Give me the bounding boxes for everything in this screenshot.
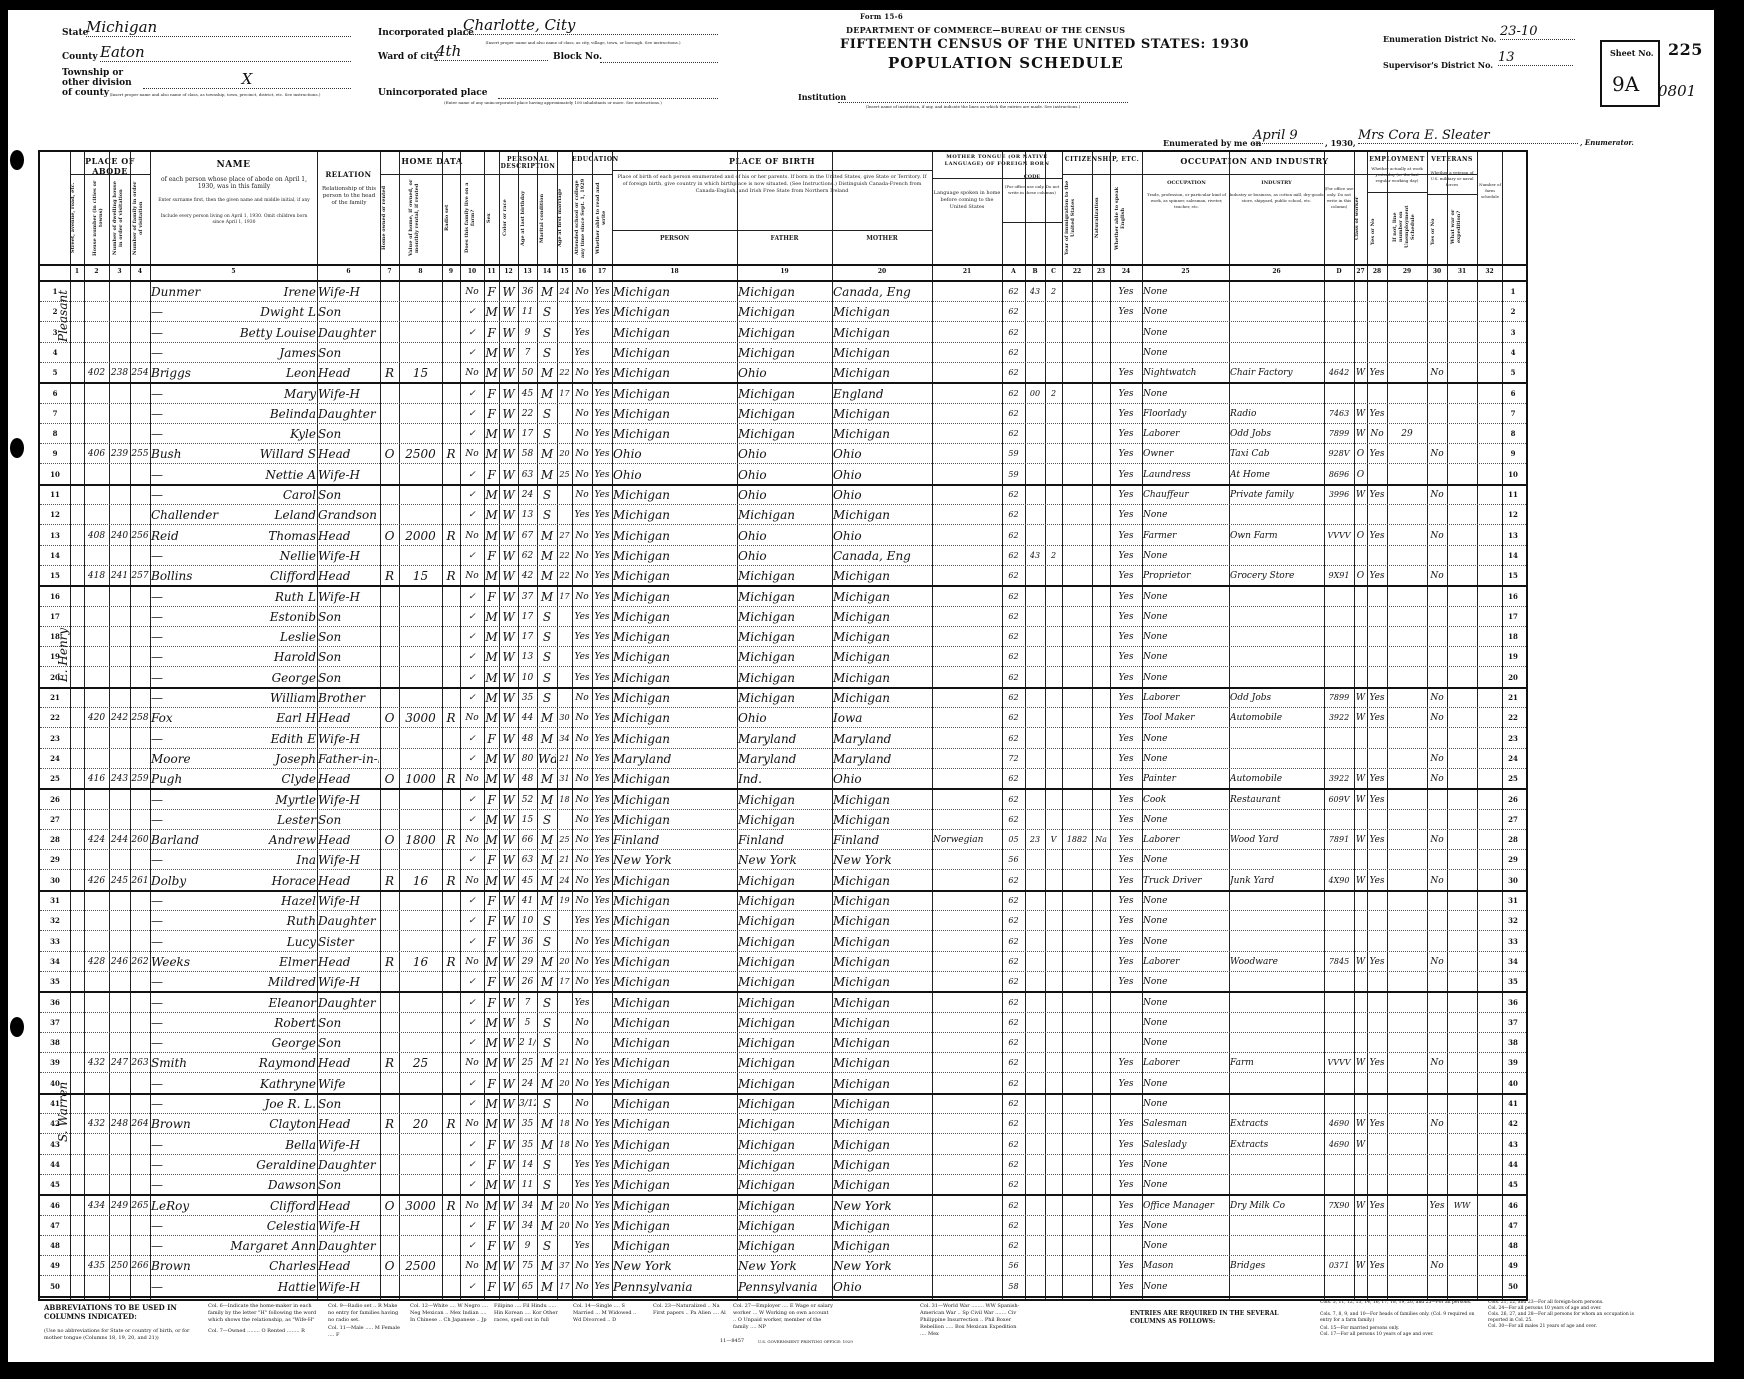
cell-race: W <box>500 688 517 708</box>
cell-read: Yes <box>593 790 611 810</box>
cell-read: Yes <box>593 444 611 464</box>
cell-dwelling <box>110 647 129 667</box>
cell-relation: Son <box>318 810 379 830</box>
cell-codeA: 62 <box>1003 1155 1024 1175</box>
cell-relation: Head <box>318 1053 379 1073</box>
line-number: 37 <box>40 1013 70 1033</box>
col2-header: House number (in cities or towns) <box>92 178 106 258</box>
cell-read: Yes <box>593 424 611 444</box>
cell-marital: M <box>538 1196 556 1216</box>
cell-farm: No <box>461 282 483 302</box>
cell-unemp <box>1388 668 1426 688</box>
cell-farm-sched <box>1478 627 1501 647</box>
cell-value <box>400 1135 441 1155</box>
cell-vet: No <box>1428 526 1446 546</box>
cell-imm <box>1063 668 1091 688</box>
cell-race: W <box>500 1256 517 1276</box>
cell-nat <box>1093 871 1109 891</box>
cell-war <box>1448 485 1476 505</box>
cell-unemp <box>1388 932 1426 952</box>
header-rule <box>70 174 150 175</box>
cell-family <box>131 607 149 627</box>
cell-imm <box>1063 810 1091 830</box>
table-row: 1010—Nettie AWife-H✓FW63M25NoYesOhioOhio… <box>40 465 1526 485</box>
cell-dwelling <box>110 1277 129 1297</box>
cell-bp-mother: Canada, Eng <box>833 546 931 566</box>
col23-header: Naturalization <box>1094 178 1108 258</box>
cell-race: W <box>500 444 517 464</box>
cell-relation: Son <box>318 1033 379 1053</box>
cell-tongue <box>933 1256 1001 1276</box>
cell-tongue <box>933 993 1001 1013</box>
cell-age: 44 <box>519 708 536 728</box>
cell-codeB: 43 <box>1026 282 1044 302</box>
name-description: of each person whose place of abode on A… <box>155 176 313 190</box>
cell-given: Bella <box>223 1135 318 1155</box>
cell-school: No <box>573 830 591 850</box>
cell-sex: F <box>485 729 498 749</box>
cell-farm: ✓ <box>461 1013 483 1033</box>
table-row: 4848—Margaret AnnDaughter✓FW9SYesMichiga… <box>40 1236 1526 1256</box>
cell-radio <box>443 546 459 566</box>
cell-value <box>400 688 441 708</box>
cell-family <box>131 972 149 992</box>
cell-value <box>400 1094 441 1114</box>
cell-occupation: Owner <box>1143 444 1228 464</box>
cell-family <box>131 1033 149 1053</box>
cell-war <box>1448 1236 1476 1256</box>
cell-industry <box>1230 282 1323 302</box>
line-number: 16 <box>40 587 70 607</box>
cell-surname: — <box>151 1216 221 1236</box>
cell-class <box>1355 1175 1366 1195</box>
cell-work: Yes <box>1368 1114 1386 1134</box>
cell-radio <box>443 323 459 343</box>
cell-english: Yes <box>1111 424 1141 444</box>
cell-street <box>71 282 83 302</box>
column-number: 16 <box>572 268 592 275</box>
cell-age-marr: 17 <box>558 972 571 992</box>
cell-farm-sched <box>1478 952 1501 972</box>
cell-surname: Brown <box>151 1114 221 1134</box>
cell-marital: S <box>538 647 556 667</box>
column-number: 32 <box>1477 268 1502 275</box>
group-header-occupation: OCCUPATION AND INDUSTRY <box>1142 156 1367 166</box>
cell-codeA: 62 <box>1003 708 1024 728</box>
cell-radio <box>443 1256 459 1276</box>
cell-age-marr: 27 <box>558 526 571 546</box>
cell-read: Yes <box>593 404 611 424</box>
cell-family <box>131 1216 149 1236</box>
cell-imm <box>1063 607 1091 627</box>
col11-header: Sex <box>486 178 498 258</box>
cell-imm <box>1063 1114 1091 1134</box>
cell-age-marr <box>558 1094 571 1114</box>
cell-imm <box>1063 363 1091 383</box>
cell-school: No <box>573 871 591 891</box>
cell-occ-code: 7899 <box>1325 424 1353 444</box>
abbrev-col12b: Filipino .... Fil Hindu ..... Hin Korean… <box>494 1303 564 1324</box>
cell-farm-sched <box>1478 465 1501 485</box>
line-number: 48 <box>40 1236 70 1256</box>
cell-industry <box>1230 972 1323 992</box>
cell-imm <box>1063 485 1091 505</box>
cell-street <box>71 1033 83 1053</box>
cell-industry <box>1230 1175 1323 1195</box>
table-row: 2424MooreJosephFather-in-law✓MW80Wd21NoY… <box>40 749 1526 769</box>
cell-bp-father: Michigan <box>738 668 831 688</box>
street-annotation-e-henry: E. Henry <box>56 628 70 682</box>
cell-class <box>1355 505 1366 525</box>
cell-house: 420 <box>85 708 108 728</box>
street-annotation-s-warren: S. Warren <box>56 1082 70 1142</box>
cell-tongue <box>933 1053 1001 1073</box>
abbrev-col6: Col. 6—Indicate the home-maker in each f… <box>208 1303 323 1324</box>
cell-unemp <box>1388 485 1426 505</box>
cell-occ-code <box>1325 850 1353 870</box>
cell-codeA: 62 <box>1003 424 1024 444</box>
cell-family: 266 <box>131 1256 149 1276</box>
cell-codeC <box>1046 1196 1061 1216</box>
line-number-right: 39 <box>1502 1053 1524 1073</box>
cell-codeC <box>1046 911 1061 931</box>
cell-dwelling: 245 <box>110 871 129 891</box>
cell-codeC <box>1046 1277 1061 1297</box>
cell-codeA: 62 <box>1003 607 1024 627</box>
cell-farm: ✓ <box>461 323 483 343</box>
cell-marital: S <box>538 343 556 363</box>
cell-farm: ✓ <box>461 972 483 992</box>
cell-codeC <box>1046 627 1061 647</box>
header-rule <box>1367 174 1477 175</box>
cell-war <box>1448 607 1476 627</box>
abbreviations-note: (Use no abbreviations for State or count… <box>44 1328 204 1342</box>
cell-codeB <box>1026 505 1044 525</box>
cell-read: Yes <box>593 749 611 769</box>
punch-hole <box>10 150 24 170</box>
cell-codeC <box>1046 424 1061 444</box>
cell-unemp <box>1388 1196 1426 1216</box>
cell-farm-sched <box>1478 810 1501 830</box>
cell-radio <box>443 1135 459 1155</box>
cell-marital: M <box>538 952 556 972</box>
cell-imm <box>1063 911 1091 931</box>
cell-given: Irene <box>223 282 318 302</box>
cell-codeA: 62 <box>1003 1033 1024 1053</box>
cell-codeB <box>1026 729 1044 749</box>
cell-given: Hazel <box>223 891 318 911</box>
table-row: 4040—KathryneWife✓FW24M20NoYesMichiganMi… <box>40 1074 1526 1094</box>
cell-marital: M <box>538 1114 556 1134</box>
cell-occupation: Nightwatch <box>1143 363 1228 383</box>
cell-given: Elmer <box>223 952 318 972</box>
cell-bp-father: Michigan <box>738 1114 831 1134</box>
cell-read: Yes <box>593 932 611 952</box>
cell-occ-code <box>1325 911 1353 931</box>
cell-owned: O <box>381 769 398 789</box>
name-instructions: Enter surname first, then the given name… <box>155 198 313 204</box>
cell-house: 408 <box>85 526 108 546</box>
cell-age-marr: 18 <box>558 1114 571 1134</box>
cell-surname: Moore <box>151 749 221 769</box>
cell-codeA: 62 <box>1003 932 1024 952</box>
group-header-tongue: MOTHER TONGUE (OR NATIVE LANGUAGE) OF FO… <box>932 154 1062 168</box>
cell-work <box>1368 323 1386 343</box>
cell-tongue <box>933 769 1001 789</box>
cell-war <box>1448 282 1476 302</box>
abbreviations-title: ABBREVIATIONS TO BE USED IN COLUMNS INDI… <box>44 1303 204 1321</box>
cell-radio <box>443 1053 459 1073</box>
cell-marital: S <box>538 1155 556 1175</box>
cell-english: Yes <box>1111 810 1141 830</box>
cell-occupation: None <box>1143 749 1228 769</box>
cell-tongue <box>933 688 1001 708</box>
cell-occupation: None <box>1143 911 1228 931</box>
cell-nat <box>1093 993 1109 1013</box>
cell-owned: O <box>381 1256 398 1276</box>
cell-marital: S <box>538 404 556 424</box>
column-number: C <box>1045 268 1062 275</box>
cell-tongue <box>933 546 1001 566</box>
cell-bp: Finland <box>613 830 736 850</box>
cell-class: O <box>1355 566 1366 586</box>
cell-codeC <box>1046 932 1061 952</box>
line-number: 49 <box>40 1256 70 1276</box>
line-number-right: 17 <box>1502 607 1524 627</box>
cell-nat <box>1093 1196 1109 1216</box>
cell-imm <box>1063 850 1091 870</box>
cell-read: Yes <box>593 850 611 870</box>
cell-industry: Radio <box>1230 404 1323 424</box>
cell-race: W <box>500 546 517 566</box>
abbrev-col11: Col. 11—Male ..... M Female .... F <box>328 1325 403 1339</box>
cell-sex: M <box>485 526 498 546</box>
cell-surname: — <box>151 1033 221 1053</box>
cell-read <box>593 343 611 363</box>
cell-english: Yes <box>1111 607 1141 627</box>
printer-credit: U.S. GOVERNMENT PRINTING OFFICE: 1929 <box>758 1338 878 1345</box>
cell-surname: Bollins <box>151 566 221 586</box>
cell-school: No <box>573 1053 591 1073</box>
cell-race: W <box>500 1114 517 1134</box>
cell-occ-code: 8696 <box>1325 465 1353 485</box>
cell-radio <box>443 384 459 404</box>
cell-unemp <box>1388 647 1426 667</box>
cell-street <box>71 1013 83 1033</box>
cell-vet <box>1428 607 1446 627</box>
cell-english: Yes <box>1111 871 1141 891</box>
cell-nat <box>1093 546 1109 566</box>
cell-race: W <box>500 323 517 343</box>
cell-occ-code <box>1325 810 1353 830</box>
cell-surname: — <box>151 404 221 424</box>
cell-owned <box>381 1135 398 1155</box>
ward-label: Ward of city <box>378 52 439 62</box>
cell-codeB <box>1026 1013 1044 1033</box>
cell-school: Yes <box>573 627 591 647</box>
line-number: 27 <box>40 810 70 830</box>
cell-occupation: None <box>1143 505 1228 525</box>
cell-radio <box>443 972 459 992</box>
line-number: 50 <box>40 1277 70 1297</box>
cell-given: Clifford <box>223 1196 318 1216</box>
cell-vet <box>1428 729 1446 749</box>
cell-tongue <box>933 1114 1001 1134</box>
cell-farm: ✓ <box>461 505 483 525</box>
cell-tongue <box>933 323 1001 343</box>
cell-age: 25 <box>519 1053 536 1073</box>
column-number: 14 <box>537 268 557 275</box>
cell-family <box>131 1013 149 1033</box>
cell-bp: Michigan <box>613 1216 736 1236</box>
cell-relation: Son <box>318 1013 379 1033</box>
cell-codeB <box>1026 1053 1044 1073</box>
cell-dwelling <box>110 1135 129 1155</box>
col31-header: What war or expedition? <box>1450 202 1474 252</box>
cell-tongue <box>933 505 1001 525</box>
cell-class: W <box>1355 790 1366 810</box>
cell-nat <box>1093 1236 1109 1256</box>
cell-bp-mother: Michigan <box>833 323 931 343</box>
cell-read: Yes <box>593 1175 611 1195</box>
cell-bp-father: Michigan <box>738 1033 831 1053</box>
cell-bp-father: Michigan <box>738 1074 831 1094</box>
cell-industry <box>1230 627 1323 647</box>
cell-value <box>400 404 441 424</box>
cell-codeC <box>1046 729 1061 749</box>
cell-codeC <box>1046 302 1061 322</box>
cell-given: Horace <box>223 871 318 891</box>
cell-surname: Dolby <box>151 871 221 891</box>
unincorporated-value <box>498 86 718 99</box>
cell-marital: M <box>538 465 556 485</box>
column-number: 20 <box>832 268 932 275</box>
cell-class: W <box>1355 1135 1366 1155</box>
cell-industry: Own Farm <box>1230 526 1323 546</box>
cell-farm: No <box>461 871 483 891</box>
cell-codeC <box>1046 769 1061 789</box>
cell-race: W <box>500 993 517 1013</box>
cell-codeA: 72 <box>1003 749 1024 769</box>
cell-work: Yes <box>1368 708 1386 728</box>
cell-bp-mother: Michigan <box>833 424 931 444</box>
cell-read: Yes <box>593 1216 611 1236</box>
cell-relation: Head <box>318 952 379 972</box>
cell-industry: Odd Jobs <box>1230 424 1323 444</box>
cell-tongue <box>933 972 1001 992</box>
cell-race: W <box>500 627 517 647</box>
cell-bp-father: Michigan <box>738 607 831 627</box>
cell-english: Yes <box>1111 708 1141 728</box>
cell-race: W <box>500 1277 517 1297</box>
cell-sex: F <box>485 323 498 343</box>
cell-class <box>1355 1236 1366 1256</box>
cell-dwelling <box>110 972 129 992</box>
cell-english: Yes <box>1111 1053 1141 1073</box>
cell-radio <box>443 302 459 322</box>
cell-tongue <box>933 1196 1001 1216</box>
line-number: 29 <box>40 850 70 870</box>
header-rule <box>1002 222 1062 223</box>
cell-street <box>71 769 83 789</box>
line-number-right: 33 <box>1502 932 1524 952</box>
cell-marital: S <box>538 1175 556 1195</box>
cell-occ-code <box>1325 932 1353 952</box>
cell-read: Yes <box>593 810 611 830</box>
cell-bp-father: Ohio <box>738 708 831 728</box>
cell-codeA: 62 <box>1003 485 1024 505</box>
cell-tongue <box>933 1277 1001 1297</box>
cell-age: 24 <box>519 485 536 505</box>
cell-bp: Michigan <box>613 769 736 789</box>
cell-industry <box>1230 587 1323 607</box>
cell-occupation: Cook <box>1143 790 1228 810</box>
column-number: 8 <box>399 268 442 275</box>
cell-bp-mother: Canada, Eng <box>833 282 931 302</box>
cell-owned <box>381 972 398 992</box>
cell-marital: S <box>538 302 556 322</box>
cell-street <box>71 668 83 688</box>
cell-farm: ✓ <box>461 688 483 708</box>
cell-age: 63 <box>519 850 536 870</box>
cell-farm-sched <box>1478 1114 1501 1134</box>
cell-dwelling <box>110 1033 129 1053</box>
cell-work: Yes <box>1368 1196 1386 1216</box>
cell-race: W <box>500 871 517 891</box>
cell-radio <box>443 1013 459 1033</box>
cell-family <box>131 485 149 505</box>
cell-codeB <box>1026 607 1044 627</box>
cell-house <box>85 1277 108 1297</box>
line-number: 33 <box>40 932 70 952</box>
cell-english: Yes <box>1111 1196 1141 1216</box>
cell-tongue <box>933 282 1001 302</box>
cell-school: No <box>573 952 591 972</box>
cell-occ-code: 3922 <box>1325 769 1353 789</box>
cell-bp-father: Ohio <box>738 485 831 505</box>
cell-war <box>1448 891 1476 911</box>
cell-occupation: Chauffeur <box>1143 485 1228 505</box>
cell-imm <box>1063 1094 1091 1114</box>
cell-owned <box>381 810 398 830</box>
cell-tongue <box>933 647 1001 667</box>
cell-radio <box>443 587 459 607</box>
cell-war <box>1448 363 1476 383</box>
punch-hole <box>10 438 24 458</box>
cell-age: 13 <box>519 647 536 667</box>
cell-read: Yes <box>593 688 611 708</box>
cell-family <box>131 1155 149 1175</box>
cell-unemp <box>1388 323 1426 343</box>
cell-nat <box>1093 587 1109 607</box>
cell-codeB <box>1026 850 1044 870</box>
cell-radio: R <box>443 1196 459 1216</box>
column-number: 4 <box>130 268 150 275</box>
cell-codeA: 62 <box>1003 972 1024 992</box>
cell-race: W <box>500 424 517 444</box>
cell-bp: Michigan <box>613 1053 736 1073</box>
cell-codeB <box>1026 404 1044 424</box>
cell-owned <box>381 302 398 322</box>
cell-bp-father: Michigan <box>738 1135 831 1155</box>
cell-codeC <box>1046 668 1061 688</box>
cell-value: 25 <box>400 1053 441 1073</box>
cell-street <box>71 1135 83 1155</box>
cell-codeA: 56 <box>1003 850 1024 870</box>
cell-age: 62 <box>519 546 536 566</box>
cell-vet <box>1428 647 1446 667</box>
cell-radio <box>443 911 459 931</box>
